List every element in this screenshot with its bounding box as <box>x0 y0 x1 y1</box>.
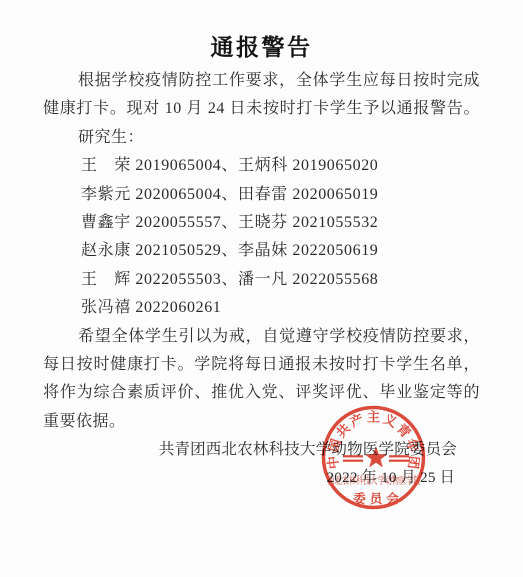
paragraph-line: 健康打卡。现对 10 月 24 日未按时打卡学生予以通报警告。 <box>43 95 480 123</box>
student-list-line: 赵永康 2021050529、李晶妹 2022050619 <box>43 237 480 265</box>
notice-body: 根据学校疫情防控工作要求，全体学生应每日按时完成 健康打卡。现对 10 月 24… <box>43 67 480 493</box>
student-list-line: 王 辉 2022055503、潘一凡 2022055568 <box>43 266 480 294</box>
paragraph-line: 将作为综合素质评价、推优入党、评奖评优、毕业鉴定等的 <box>43 379 480 407</box>
paragraph-line: 重要依据。 <box>43 408 480 436</box>
paragraph-line: 每日按时健康打卡。学院将每日通报未按时打卡学生名单， <box>43 351 480 379</box>
paragraph-line: 希望全体学生引以为戒，自觉遵守学校疫情防控要求， <box>43 323 480 351</box>
student-list-line: 张冯禧 2022060261 <box>43 294 480 322</box>
paragraph-line: 根据学校疫情防控工作要求，全体学生应每日按时完成 <box>43 67 480 95</box>
student-list-line: 王 荣 2019065004、王炳科 2019065020 <box>43 152 480 180</box>
seal-bottom-text: 委员会 <box>353 491 403 506</box>
student-list-line: 曹鑫宇 2020055557、王晓芬 2021055532 <box>43 209 480 237</box>
date-line: 2022 年 10 月 25 日 <box>43 464 480 492</box>
student-list-line: 李紫元 2020065004、田春雷 2020065019 <box>43 181 480 209</box>
notice-title: 通报警告 <box>0 29 523 62</box>
notice-document-page: 通报警告 根据学校疫情防控工作要求，全体学生应每日按时完成 健康打卡。现对 10… <box>0 0 523 577</box>
list-header-line: 研究生： <box>43 124 480 152</box>
signature-line: 共青团西北农林科技大学动物医学院委员会 <box>43 436 480 464</box>
